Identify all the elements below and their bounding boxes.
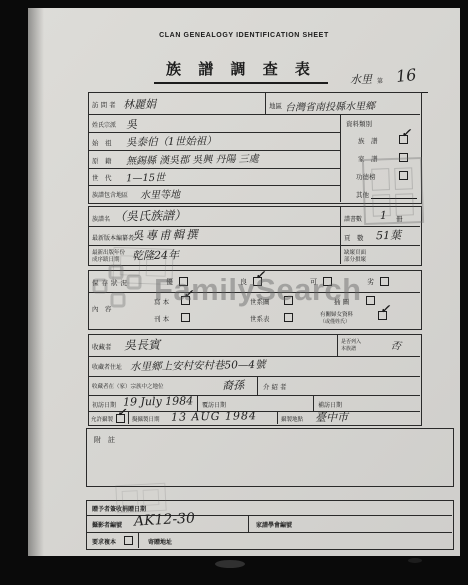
listed-label-1: 是否列入 [341,338,361,345]
grid-line [257,376,258,395]
pages-label: 頁 數 [344,233,364,242]
first-visit-value: 19 July 1984 [123,394,193,408]
category-option-genealogy: 族 譜 [358,136,378,145]
condition-poor-checkbox [380,277,389,286]
content-pedigree-table-checkbox [284,313,293,322]
content-illustrations-checkbox [366,296,375,305]
film-date-label: 擬攝製日期 [132,415,160,423]
holder-position-value: 裔孫 [222,377,244,393]
holder-address-label: 收藏者住址 [92,362,122,371]
genealogy-name-label: 族譜名 [92,214,110,223]
ink-stamp [115,483,166,514]
extra-visit-label: 補訪日期 [318,400,342,409]
copy-request-label: 要求複本 [92,537,116,546]
scan-border-left [0,0,28,585]
grid-line [248,515,249,532]
copy-request-checkbox [124,536,133,545]
grid-line [340,206,341,264]
region-label: 地區 [269,101,282,110]
content-printed-label: 刊 本 [154,314,169,323]
scan-smudge [215,560,245,568]
grid-line [265,92,266,114]
grid-line [86,532,452,533]
holder-position-label: 收藏者在（家）宗族中之地位 [92,382,164,390]
damage-label-2: 部分損壞 [344,255,366,263]
condition-poor-label: 劣 [367,277,374,287]
first-visit-label: 初訪日期 [92,400,116,409]
grid-line [88,376,420,377]
compiler-label: 最新版本編纂者 [92,233,134,242]
grid-line [340,114,341,202]
ink-stamp [112,247,173,285]
origin-value: 無錫縣 漢吳郡 吳興 丹陽 三處 [126,150,259,167]
grid-line [138,532,139,548]
coverage-label: 族譜包含地區 [92,190,128,199]
scan-shadow [28,8,44,556]
scanned-document: CLAN GENEALOGY IDENTIFICATION SHEET 族 譜 … [0,0,468,585]
photographer-no-value: AK12-30 [134,510,196,529]
permission-label: 允許攝製 [91,415,113,423]
category-genealogy-checkmark: ✓ [401,126,411,140]
genealogy-name-value: （吳氏族譜） [114,206,186,224]
notes-label: 附 註 [94,435,115,445]
sheet-no-handwritten: 16 [395,65,417,86]
holder-name-label: 收藏者 [92,342,112,351]
content-women-label: 有關婦女資料 [320,310,353,318]
grid-line [88,245,420,246]
content-printed-checkbox [181,313,190,322]
photographer-no-label: 攝影者編號 [92,520,122,529]
grid-line [313,395,314,411]
volumes-label: 譜書數 [344,214,362,223]
sheet-no-prefix: 第 [377,76,383,85]
interviewer-value: 林麗娟 [123,96,156,113]
category-label: 資料類別 [346,119,372,128]
listed-value: 否 [390,336,402,352]
grid-line [337,334,338,356]
grid-line [88,185,340,186]
surname-value: 吳 [126,116,137,132]
grid-line [277,411,278,424]
form-paper: CLAN GENEALOGY IDENTIFICATION SHEET 族 譜 … [28,8,460,556]
surname-label: 姓氏宗派 [92,120,116,129]
grid-line [128,411,129,424]
mail-address-label: 寄贈地址 [148,537,172,546]
form-title-zh: 族 譜 調 查 表 [154,58,328,84]
content-women-checkmark: ✓ [380,302,390,316]
founder-label: 始 祖 [92,138,112,147]
region-value: 台灣省南投縣水里鄉 [285,97,375,114]
origin-label: 原 籍 [92,156,112,165]
holder-address-value: 水里鄉上安村安村巷50—4號 [130,357,266,374]
introducer-label: 介紹者 [263,382,289,391]
form-title-en: CLAN GENEALOGY IDENTIFICATION SHEET [128,32,360,39]
interviewer-label: 訪 問 者 [92,100,116,109]
pages-value: 51葉 [376,227,401,243]
notes-box [86,428,454,487]
film-date-value: 13 AUG 1984 [171,409,257,423]
coverage-value: 水里等地 [140,186,180,202]
scan-border-right [460,0,468,585]
film-place-value: 臺中市 [315,409,348,426]
content-women-note: （或僅姓氏） [320,318,350,325]
holder-name-value: 吳長賓 [124,336,160,354]
permission-checkmark: ✓ [117,406,126,419]
familysearch-watermark-text: FamilySearch [154,272,362,308]
founder-value: 吳泰伯（1世始祖） [126,133,217,150]
ink-stamp [362,157,424,225]
grid-line [197,395,198,411]
society-no-label: 家譜學會編號 [256,520,292,529]
generations-label: 世 代 [92,173,112,182]
film-place-label: 攝製地點 [281,415,303,423]
scan-border-top [0,0,468,8]
listed-label-2: 本族譜 [341,345,356,352]
compiler-value: 吳專甫輯撰 [132,226,200,243]
grid-line [88,114,420,115]
sheet-place-handwritten: 水里 [350,71,372,87]
generations-value: 1—15世 [126,169,165,185]
content-pedigree-table-label: 世系表 [250,314,270,323]
revisit-label: 覆訪日期 [202,400,226,409]
scan-smudge [408,558,422,563]
